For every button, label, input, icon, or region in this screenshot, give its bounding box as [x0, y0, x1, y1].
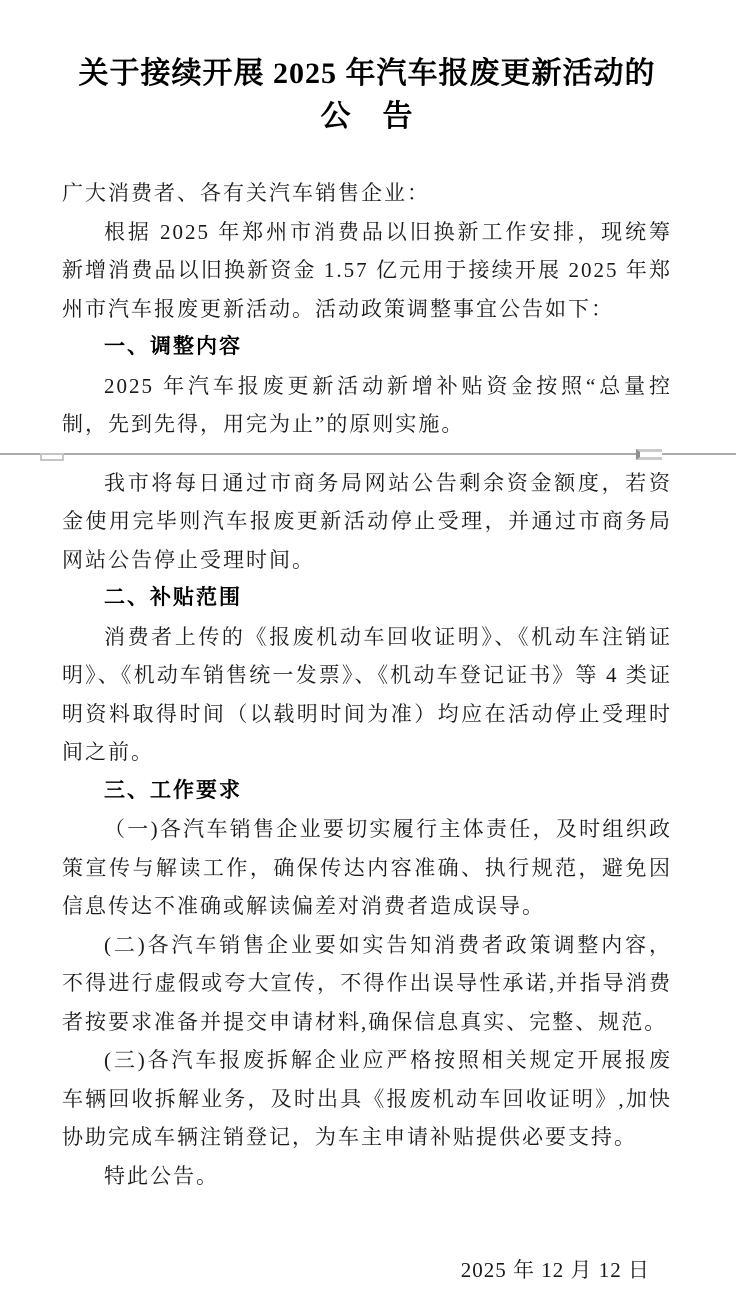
- paragraph-closing: 特此公告。: [62, 1157, 672, 1196]
- salutation: 广大消费者、各有关汽车销售企业：: [62, 174, 672, 213]
- paragraph-section1-a: 2025 年汽车报废更新活动新增补贴资金按照“总量控制，先到先得，用完为止”的原…: [62, 367, 672, 444]
- document-date: 2025 年 12 月 12 日: [62, 1251, 672, 1290]
- paragraph-section3-item1: （一)各汽车销售企业要切实履行主体责任，及时组织政策宣传与解读工作，确保传达内容…: [62, 810, 672, 926]
- document-title-line1: 关于接续开展 2025 年汽车报废更新活动的: [62, 52, 672, 95]
- document-body: 广大消费者、各有关汽车销售企业： 根据 2025 年郑州市消费品以旧换新工作安排…: [62, 174, 672, 1290]
- paragraph-intro: 根据 2025 年郑州市消费品以旧换新工作安排，现统筹新增消费品以旧换新资金 1…: [62, 213, 672, 329]
- document-title: 关于接续开展 2025 年汽车报废更新活动的 公 告: [62, 52, 672, 138]
- paragraph-section3-item3: (三)各汽车报废拆解企业应严格按照相关规定开展报废车辆回收拆解业务，及时出具《报…: [62, 1041, 672, 1157]
- paragraph-section1-b: 我市将每日通过市商务局网站公告剩余资金额度，若资金使用完毕则汽车报废更新活动停止…: [62, 464, 672, 580]
- page-break-left-mark-icon: [40, 453, 64, 461]
- section-heading-3: 三、工作要求: [62, 772, 672, 811]
- page-break-right-mark-icon: [636, 449, 662, 460]
- document-page: 关于接续开展 2025 年汽车报废更新活动的 公 告 广大消费者、各有关汽车销售…: [0, 0, 736, 1308]
- page-break-marker: [0, 446, 736, 462]
- page-break-line: [0, 453, 736, 455]
- paragraph-section3-item2: (二)各汽车销售企业要如实告知消费者政策调整内容，不得进行虚假或夸大宣传，不得作…: [62, 926, 672, 1042]
- section-heading-1: 一、调整内容: [62, 328, 672, 367]
- section-heading-2: 二、补贴范围: [62, 579, 672, 618]
- document-title-line2: 公 告: [62, 95, 672, 138]
- paragraph-section2-a: 消费者上传的《报废机动车回收证明》、《机动车注销证明》、《机动车销售统一发票》、…: [62, 618, 672, 772]
